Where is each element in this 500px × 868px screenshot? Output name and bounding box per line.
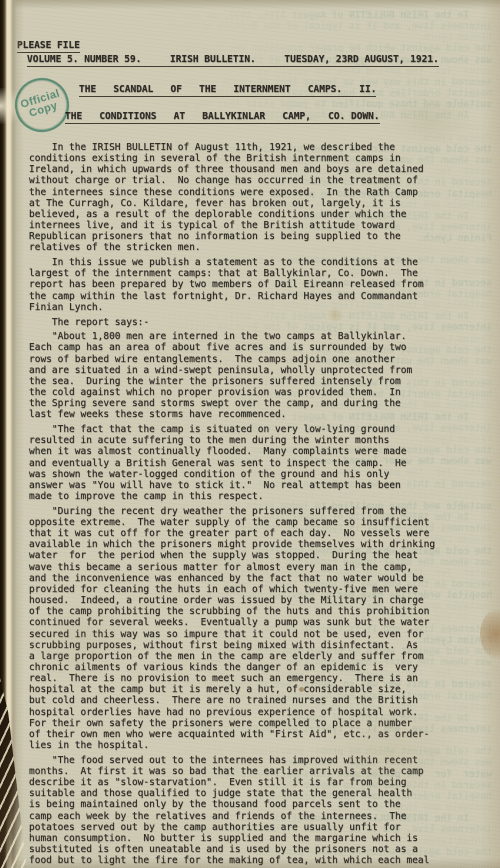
paragraph: "During the recent dry weather the priso… bbox=[29, 506, 494, 751]
document-body: In the IRISH BULLETIN of August 11th, 19… bbox=[29, 142, 494, 868]
paragraph: In this issue we publish a statement as … bbox=[29, 257, 494, 313]
paragraph: "About 1,800 men are interned in the two… bbox=[29, 331, 494, 420]
document-title-line1: THE SCANDAL OF THE INTERNMENT CAMPS. II. bbox=[79, 84, 376, 97]
paragraph: In the IRISH BULLETIN of August 11th, 19… bbox=[29, 142, 494, 254]
paragraph: The report says:- bbox=[29, 317, 494, 328]
paragraph: "The food served out to the internees ha… bbox=[29, 755, 494, 867]
scanned-document-page: In the IRISH BULLETIN of August 11th, 19… bbox=[0, 0, 500, 868]
masthead-line: VOLUME 5. NUMBER 59. IRISH BULLETIN. TUE… bbox=[27, 54, 439, 67]
document-content: PLEASE FILE VOLUME 5. NUMBER 59. IRISH B… bbox=[0, 0, 500, 868]
document-title-line2: THE CONDITIONS AT BALLYKINLAR CAMP, CO. … bbox=[65, 111, 380, 124]
paragraph: "The fact that the camp is situated on v… bbox=[29, 424, 494, 502]
file-note: PLEASE FILE bbox=[17, 40, 80, 53]
